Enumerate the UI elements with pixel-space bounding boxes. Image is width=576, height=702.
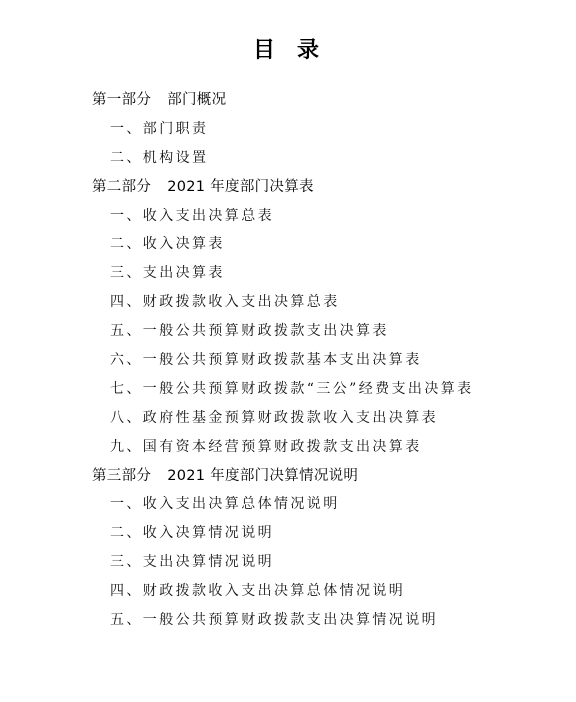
- table-of-contents: 第一部分部门概况 一、部门职责 二、机构设置 第二部分2021 年度部门决算表 …: [0, 86, 576, 635]
- toc-item[interactable]: 三、支出决算情况说明: [0, 548, 576, 577]
- toc-item[interactable]: 四、财政拨款收入支出决算总体情况说明: [0, 577, 576, 606]
- toc-part-3-heading[interactable]: 第三部分2021 年度部门决算情况说明: [0, 462, 576, 491]
- toc-item[interactable]: 四、财政拨款收入支出决算总表: [0, 288, 576, 317]
- part-title: 部门概况: [167, 92, 226, 108]
- toc-item[interactable]: 一、收入支出决算总体情况说明: [0, 490, 576, 519]
- toc-item[interactable]: 七、一般公共预算财政拨款“三公”经费支出决算表: [0, 375, 576, 404]
- toc-item[interactable]: 二、收入决算情况说明: [0, 519, 576, 548]
- toc-item[interactable]: 九、国有资本经营预算财政拨款支出决算表: [0, 433, 576, 462]
- part-title: 2021 年度部门决算情况说明: [167, 468, 358, 484]
- toc-item[interactable]: 二、收入决算表: [0, 230, 576, 259]
- toc-item[interactable]: 一、部门职责: [0, 115, 576, 144]
- toc-item[interactable]: 八、政府性基金预算财政拨款收入支出决算表: [0, 404, 576, 433]
- part-title: 2021 年度部门决算表: [167, 179, 314, 195]
- toc-item[interactable]: 五、一般公共预算财政拨款支出决算情况说明: [0, 606, 576, 635]
- toc-item[interactable]: 二、机构设置: [0, 144, 576, 173]
- toc-part-1-heading[interactable]: 第一部分部门概况: [0, 86, 576, 115]
- part-label: 第三部分: [92, 468, 151, 484]
- part-label: 第二部分: [92, 179, 151, 195]
- toc-item[interactable]: 五、一般公共预算财政拨款支出决算表: [0, 317, 576, 346]
- toc-part-2-heading[interactable]: 第二部分2021 年度部门决算表: [0, 173, 576, 202]
- part-label: 第一部分: [92, 92, 151, 108]
- toc-item[interactable]: 三、支出决算表: [0, 259, 576, 288]
- page-title: 目录: [0, 36, 576, 64]
- toc-item[interactable]: 六、一般公共预算财政拨款基本支出决算表: [0, 346, 576, 375]
- toc-item[interactable]: 一、收入支出决算总表: [0, 202, 576, 231]
